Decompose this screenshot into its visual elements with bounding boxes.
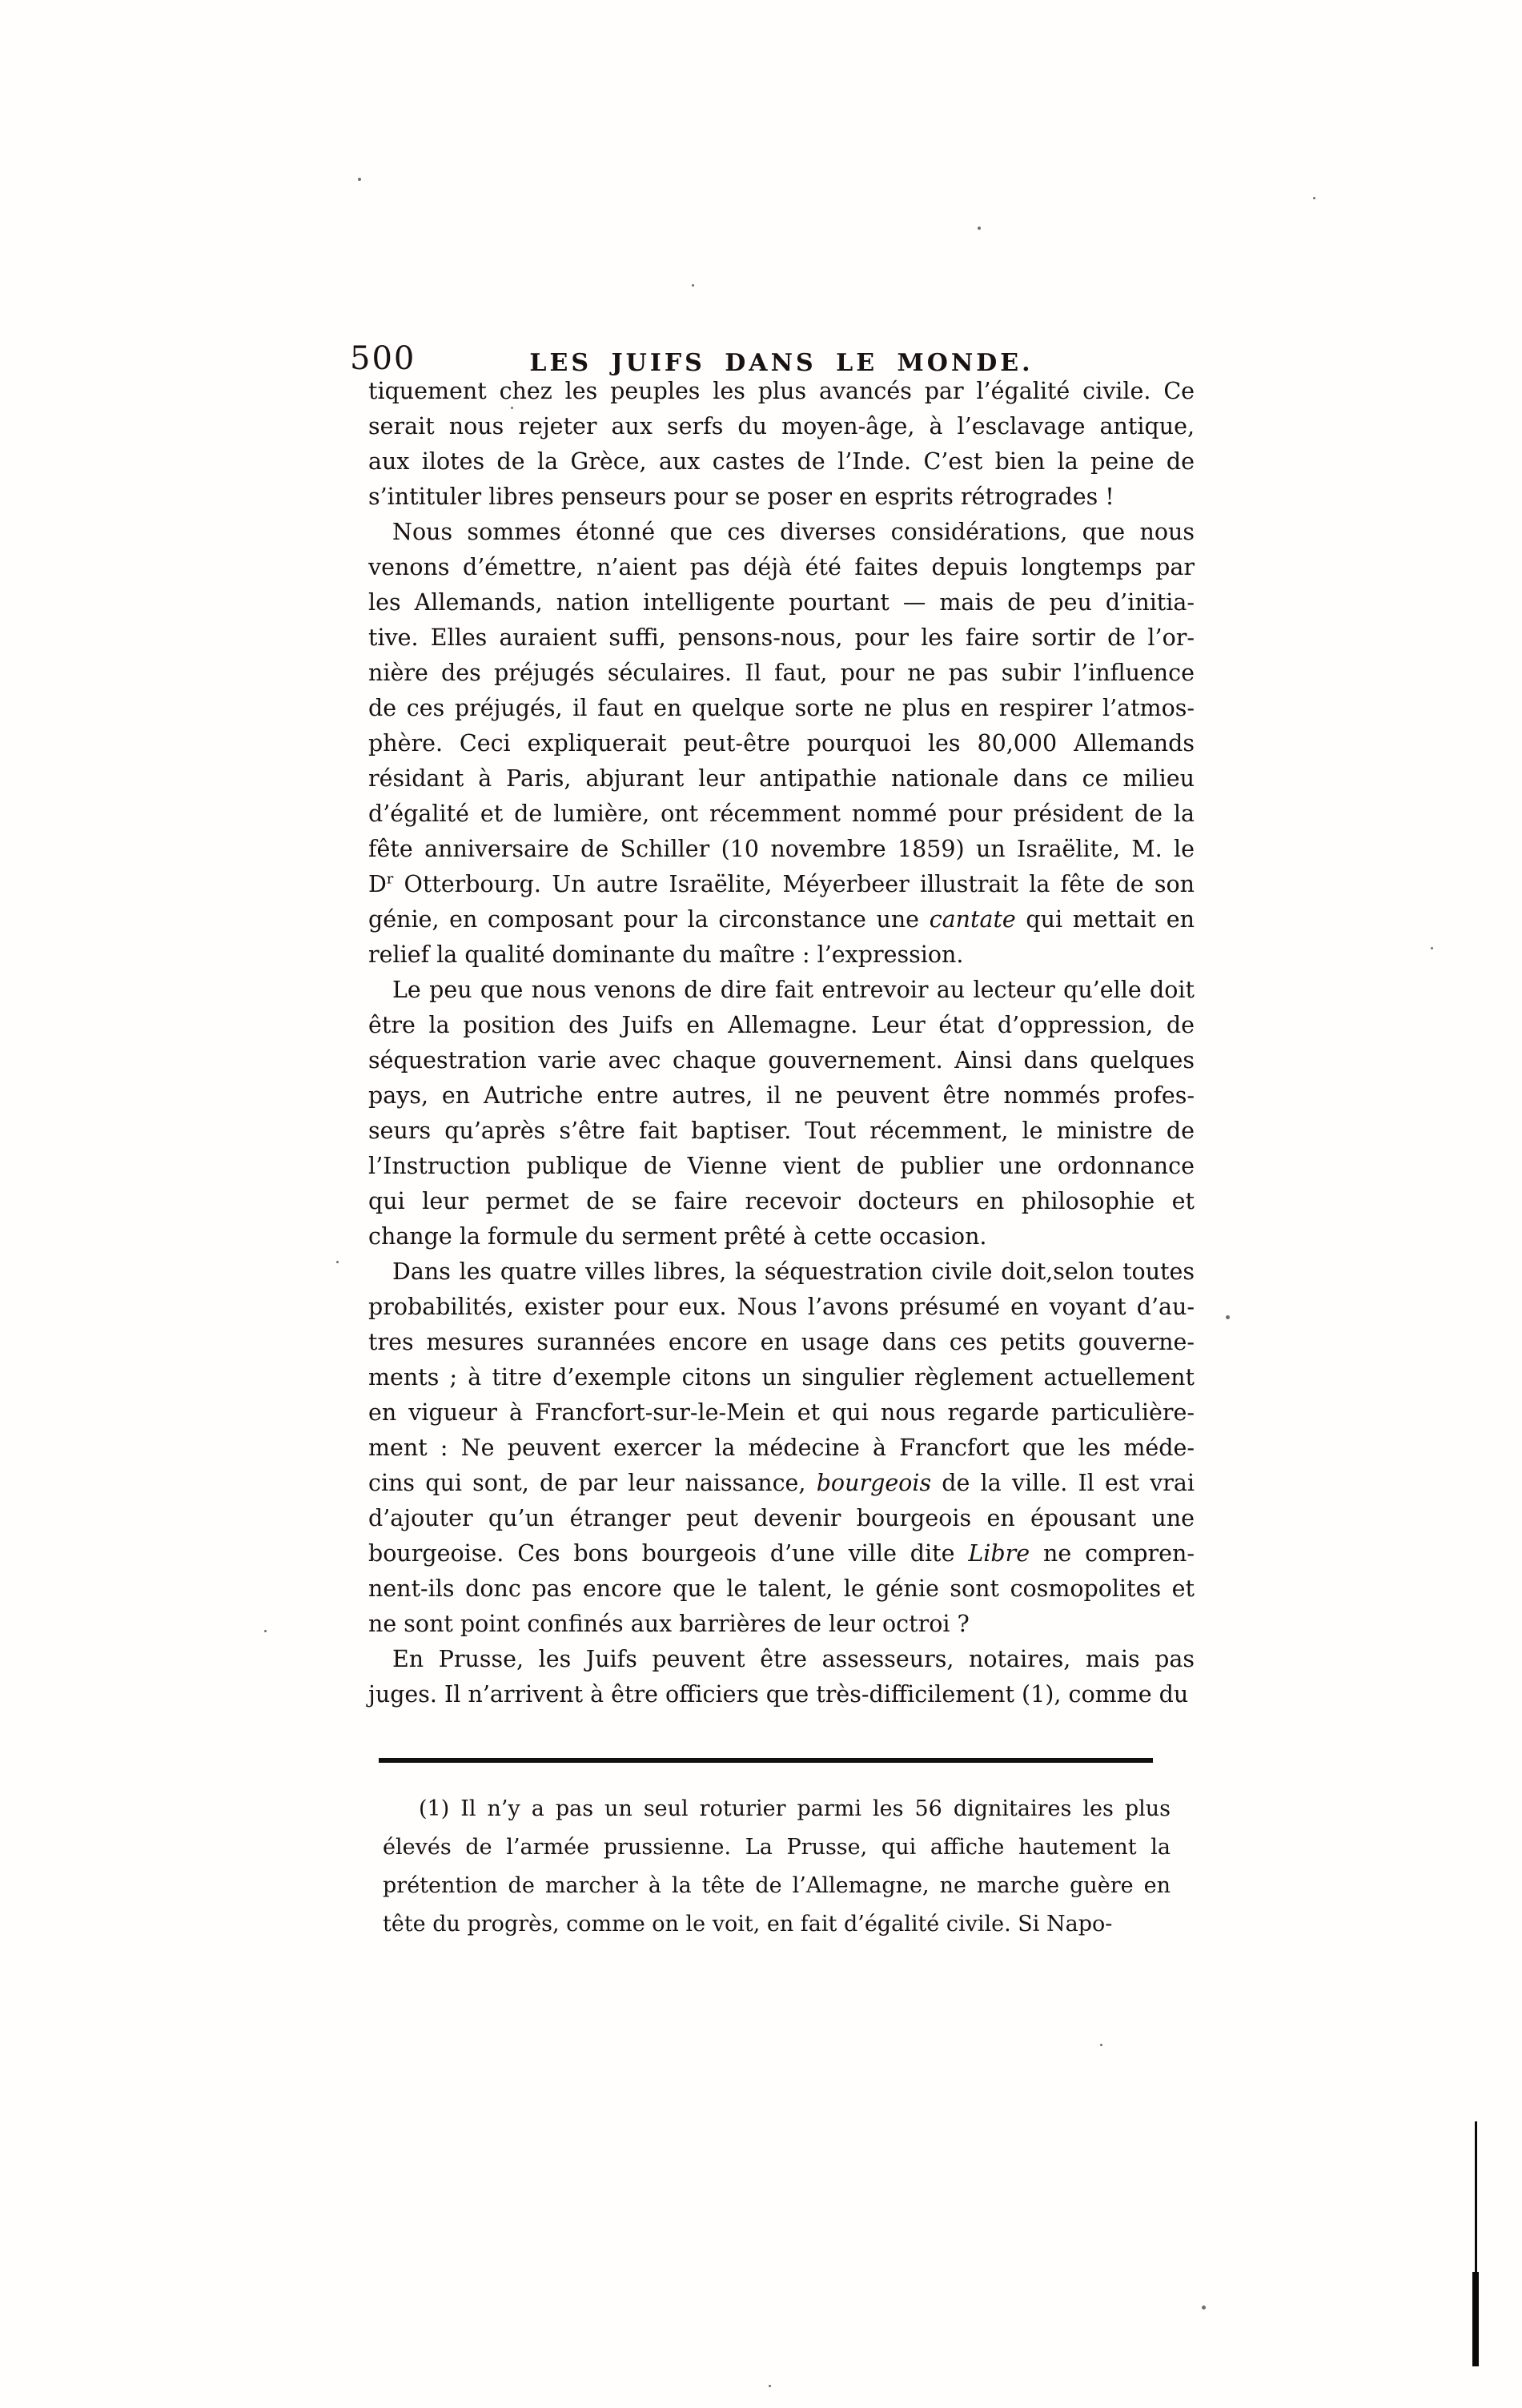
text-line: (1) Il n’y a pas un seul roturier parmi … [383, 1790, 1171, 1828]
scan-speck [264, 1630, 267, 1632]
paragraph: Dans les quatre villes libres, la séques… [368, 1254, 1195, 1642]
text-line: relief la qualité dominante du maître : … [368, 937, 1195, 973]
paragraph: Nous sommes étonné que ces diverses cons… [368, 515, 1195, 973]
scan-speck [769, 2385, 771, 2387]
scan-line-artifact [1475, 2121, 1477, 2282]
text-line: génie, en composant pour la circonstance… [368, 902, 1195, 937]
text-line: tive. Elles auraient suffi, pensons-nous… [368, 620, 1195, 656]
text-line: en vigueur à Francfort-sur-le-Mein et qu… [368, 1395, 1195, 1431]
scan-speck [1226, 1315, 1230, 1319]
scan-speck [511, 407, 513, 409]
scan-speck [358, 178, 361, 181]
text-line: ne sont point confinés aux barrières de … [368, 1607, 1195, 1642]
text-line: serait nous rejeter aux serfs du moyen-â… [368, 409, 1195, 444]
text-line: s’intituler libres penseurs pour se pose… [368, 480, 1195, 515]
text-line: Dr Otterbourg. Un autre Israëlite, Méyer… [368, 867, 1195, 902]
text-line: être la position des Juifs en Allemagne.… [368, 1008, 1195, 1043]
text-line: pays, en Autriche entre autres, il ne pe… [368, 1078, 1195, 1114]
text-line: d’ajouter qu’un étranger peut devenir bo… [368, 1501, 1195, 1536]
scan-speck [1202, 2306, 1206, 2310]
scanned-book-page: 500 LES JUIFS DANS LE MONDE. tiquement c… [0, 0, 1522, 2408]
scan-speck [978, 227, 981, 230]
text-line: qui leur permet de se faire recevoir doc… [368, 1184, 1195, 1219]
text-line: change la formule du serment prêté à cet… [368, 1219, 1195, 1254]
text-line: cins qui sont, de par leur naissance, bo… [368, 1466, 1195, 1501]
scan-speck [1431, 947, 1433, 949]
text-line: Nous sommes étonné que ces diverses cons… [368, 515, 1195, 550]
text-line: Dans les quatre villes libres, la séques… [368, 1254, 1195, 1290]
text-line: aux ilotes de la Grèce, aux castes de l’… [368, 444, 1195, 480]
text-line: ments ; à titre d’exemple citons un sing… [368, 1360, 1195, 1395]
scan-line-artifact [1472, 2272, 1479, 2366]
text-line: tête du progrès, comme on le voit, en fa… [383, 1905, 1171, 1944]
text-line: l’Instruction publique de Vienne vient d… [368, 1149, 1195, 1184]
text-line: séquestration varie avec chaque gouverne… [368, 1043, 1195, 1078]
paragraph: Le peu que nous venons de dire fait entr… [368, 973, 1195, 1254]
text-line: prétention de marcher à la tête de l’All… [383, 1867, 1171, 1905]
text-line: fête anniversaire de Schiller (10 novemb… [368, 832, 1195, 867]
text-line: seurs qu’après s’être fait baptiser. Tou… [368, 1114, 1195, 1149]
scan-speck [336, 1261, 339, 1263]
text-line: nière des préjugés séculaires. Il faut, … [368, 656, 1195, 691]
footnote-text: (1) Il n’y a pas un seul roturier parmi … [383, 1790, 1171, 1944]
text-line: phère. Ceci expliquerait peut-être pourq… [368, 726, 1195, 761]
scan-speck [1100, 2044, 1102, 2046]
text-line: venons d’émettre, n’aient pas déjà été f… [368, 550, 1195, 585]
paragraph: (1) Il n’y a pas un seul roturier parmi … [383, 1790, 1171, 1944]
text-line: d’égalité et de lumière, ont récemment n… [368, 797, 1195, 832]
text-line: probabilités, exister pour eux. Nous l’a… [368, 1290, 1195, 1325]
text-line: Le peu que nous venons de dire fait entr… [368, 973, 1195, 1008]
footnote-separator [379, 1758, 1153, 1763]
text-line: élevés de l’armée prussienne. La Prusse,… [383, 1828, 1171, 1867]
text-line: les Allemands, nation intelligente pourt… [368, 585, 1195, 620]
body-text: tiquement chez les peuples les plus avan… [368, 374, 1195, 1712]
paragraph: En Prusse, les Juifs peuvent être assess… [368, 1642, 1195, 1712]
text-line: nent-ils donc pas encore que le talent, … [368, 1571, 1195, 1607]
text-line: résidant à Paris, abjurant leur antipath… [368, 761, 1195, 797]
scan-speck [1313, 197, 1315, 199]
text-line: bourgeoise. Ces bons bourgeois d’une vil… [368, 1536, 1195, 1571]
text-line: de ces préjugés, il faut en quelque sort… [368, 691, 1195, 726]
text-line: juges. Il n’arrivent à être officiers qu… [368, 1677, 1195, 1712]
text-line: ment : Ne peuvent exercer la médecine à … [368, 1431, 1195, 1466]
text-line: tiquement chez les peuples les plus avan… [368, 374, 1195, 409]
text-line: tres mesures surannées encore en usage d… [368, 1325, 1195, 1360]
paragraph: tiquement chez les peuples les plus avan… [368, 374, 1195, 515]
text-line: En Prusse, les Juifs peuvent être assess… [368, 1642, 1195, 1677]
scan-speck [692, 284, 694, 287]
